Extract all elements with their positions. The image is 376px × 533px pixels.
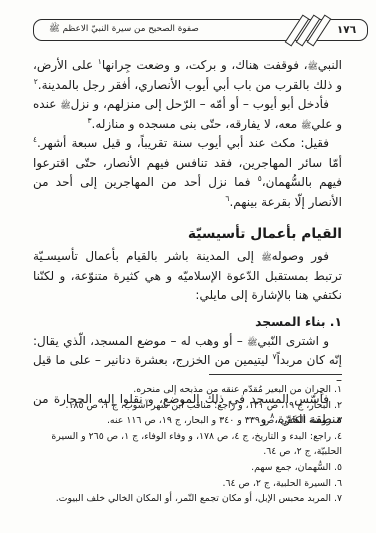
page-number: ١٧٦ (326, 20, 367, 40)
honorific-symbol: ﷺ (60, 101, 70, 111)
footnote-separator (209, 374, 342, 375)
running-title: صفوة الصحيح من سيرة النبيّ الاعظم ﷺ (34, 24, 214, 36)
footnote-marker: ٤ (33, 135, 37, 144)
paragraph: فقيل: مكث عند أبي أيوب سنة تقريباً، و قي… (33, 134, 342, 212)
honorific-symbol: ﷺ (261, 253, 271, 263)
footnote-item: ٤. راجع: البدء و التاريخ، ج ٤، ص ١٧٨، و … (33, 429, 342, 460)
footnote-marker: ٧ (273, 352, 277, 361)
footnote-item: ٣. روضة الكافي، ص ٣٣٩ و ٣٤٠ و البحار، ج … (33, 413, 342, 429)
paragraph: فور وصولهﷺ إلى المدينة باشر بالقيام بأعم… (33, 247, 342, 306)
footnote-item: ٢. البحار، ج ١٩، ص ١٢١، و راجع: مناقب اب… (33, 398, 342, 414)
honorific-symbol: ﷺ (301, 121, 311, 131)
section-heading: القيام بأعمال تأسيسيّة (33, 226, 342, 242)
footnote-item: ٦. السيرة الحلبية، ج ٢، ص ٦٤. (33, 476, 342, 492)
footnote-marker: ٣ (87, 116, 91, 125)
footnotes: ١. الجِران من البعير مُقدّم عنقه من مذبح… (33, 382, 342, 507)
footnotes-area: ١. الجِران من البعير مُقدّم عنقه من مذبح… (0, 362, 376, 507)
honorific-symbol: ﷺ (247, 338, 257, 348)
footnote-marker: ٥ (258, 174, 262, 183)
footnote-item: ١. الجِران من البعير مُقدّم عنقه من مذبح… (33, 382, 342, 398)
footnote-item: ٧. المربد محبس الإبل، أو مكان تجمع التّم… (33, 491, 342, 507)
paragraph: فأدخل أبو أيوب – أو أمّه – الرّحل إلى من… (33, 95, 342, 134)
decorative-stripes-icon (288, 20, 324, 40)
paragraph: النبيﷺ، فوقفت هناك، و بركت، و وضعت جِران… (33, 56, 342, 95)
footnote-marker: ١ (98, 57, 102, 66)
honorific-symbol: ﷺ (307, 62, 317, 72)
sub-heading: ١. بناء المسجد (33, 315, 342, 329)
book-page: صفوة الصحيح من سيرة النبيّ الاعظم ﷺ ١٧٦ … (0, 0, 376, 533)
header-box: صفوة الصحيح من سيرة النبيّ الاعظم ﷺ ١٧٦ (33, 19, 368, 41)
footnote-item: ٥. السُّهمان، جمع سهم. (33, 460, 342, 476)
footnote-marker: ٦ (225, 194, 229, 203)
footnote-marker: ٢ (34, 77, 38, 86)
